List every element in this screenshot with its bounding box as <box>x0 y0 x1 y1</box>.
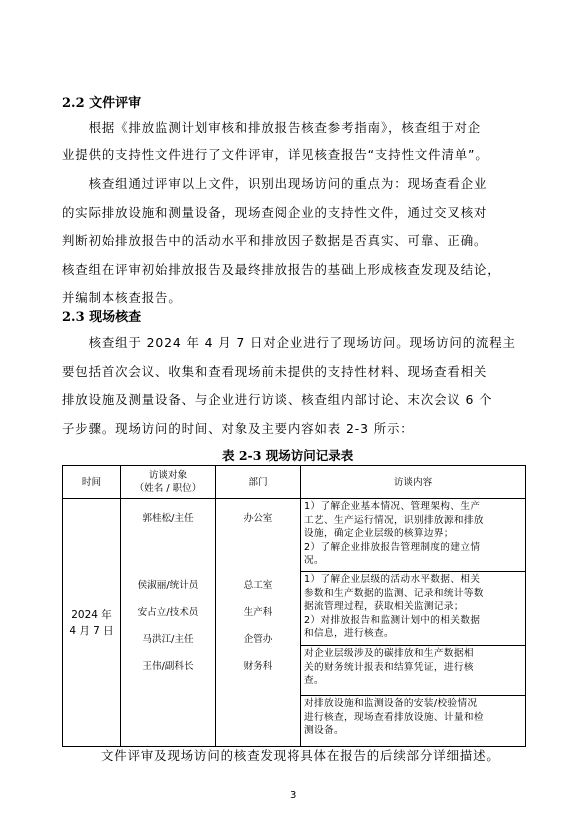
visit-date-cell: 2024 年 4 月 7 日 <box>63 499 121 747</box>
content-block: 1）了解企业层级的活动水平数据、相关 参数和生产数据的监测、记录和统计等数 据流… <box>301 572 525 646</box>
content-line: 和信息，进行核查。 <box>304 627 522 641</box>
table-row: 2024 年 4 月 7 日 郭桂松/主任 侯淑丽/统计员 安占立/技术员 马洪… <box>63 499 526 747</box>
text-line: 核查组于 2024 年 4 月 7 日对企业进行了现场访问。现场访问的流程主 <box>62 335 516 364</box>
content-line: 查。 <box>304 674 522 688</box>
header-interviewee: 访谈对象 （姓名 / 职位） <box>121 466 216 499</box>
content-line: 参数和生产数据的监测、记录和统计等数 <box>304 587 522 601</box>
content-line: 设施，确定企业层级的核算边界； <box>304 527 522 541</box>
content-line: 1）了解企业基本情况、管理架构、生产 <box>304 500 522 514</box>
header-content: 访谈内容 <box>301 466 526 499</box>
department-cell: 办公室 总工室 生产科 企管办 财务科 <box>216 499 301 747</box>
department-name: 生产科 <box>216 599 300 626</box>
content-block: 1）了解企业基本情况、管理架构、生产 工艺、生产运行情况，识别排放源和排放 设施… <box>301 499 525 572</box>
closing-sentence: 文件评审及现场访问的核查发现将具体在报告的后续部分详细描述。 <box>101 748 500 764</box>
section-heading-2-2: 2.2 文件评审 <box>62 92 141 111</box>
paragraph-document-review: 根据《排放监测计划审核和排放报告核查参考指南》，核查组于对企 业提供的支持性文件… <box>62 120 489 174</box>
paragraph-review-focus: 核查组通过评审以上文件，识别出现场访问的重点为：现场查看企业 的实际排放设施和测… <box>62 176 501 319</box>
content-line: 1）了解企业层级的活动水平数据、相关 <box>304 573 522 587</box>
content-line: 工艺、生产运行情况，识别排放源和排放 <box>304 514 522 528</box>
interviewee-name: 王伟/副科长 <box>121 653 215 680</box>
site-visit-record-table: 时间 访谈对象 （姓名 / 职位） 部门 访谈内容 2024 年 4 月 7 日… <box>62 465 526 747</box>
header-interviewee-line2: （姓名 / 职位） <box>121 482 215 495</box>
interview-content-cell: 1）了解企业基本情况、管理架构、生产 工艺、生产运行情况，识别排放源和排放 设施… <box>301 499 526 747</box>
interviewee-name: 郭桂松/主任 <box>121 505 215 532</box>
interviewee-name: 安占立/技术员 <box>121 599 215 626</box>
text-line: 的实际排放设施和测量设备，现场查阅企业的支持性文件，通过交叉核对 <box>62 205 501 234</box>
department-name: 办公室 <box>216 505 300 532</box>
text-line: 判断初始排放报告中的活动水平和排放因子数据是否真实、可靠、正确。 <box>62 233 501 262</box>
table-caption: 表 2-3 现场访问记录表 <box>222 446 353 464</box>
interviewee-name: 马洪江/主任 <box>121 626 215 653</box>
section-heading-2-3: 2.3 现场核查 <box>62 306 141 325</box>
content-block: 对排放设施和监测设备的安装/校验情况 进行核查，现场查看排放设施、计量和检 测设… <box>301 696 525 743</box>
content-line: 关的财务统计报表和结算凭证，进行核 <box>304 661 522 675</box>
text-line: 根据《排放监测计划审核和排放报告核查参考指南》，核查组于对企 <box>62 120 489 147</box>
text-line: 排放设施及测量设备、与企业进行访谈、核查组内部讨论、末次会议 6 个 <box>62 392 516 421</box>
text-line: 子步骤。现场访问的时间、对象及主要内容如表 2-3 所示： <box>62 421 516 450</box>
text-line: 核查组在评审初始排放报告及最终排放报告的基础上形成核查发现及结论， <box>62 262 501 291</box>
content-line: 2）了解企业排放报告管理制度的建立情 <box>304 541 522 555</box>
department-name: 财务科 <box>216 653 300 680</box>
content-line: 况。 <box>304 554 522 568</box>
content-line: 2）对排放报告和监测计划中的相关数据 <box>304 614 522 628</box>
text-line: 要包括首次会议、收集和查看现场前未提供的支持性材料、现场查看相关 <box>62 364 516 393</box>
visit-date-line2: 4 月 7 日 <box>63 623 120 639</box>
content-block: 对企业层级涉及的碳排放和生产数据相 关的财务统计报表和结算凭证，进行核 查。 <box>301 646 525 696</box>
page-number: 3 <box>290 790 296 801</box>
content-line: 测设备。 <box>304 724 522 738</box>
content-line: 对企业层级涉及的碳排放和生产数据相 <box>304 647 522 661</box>
content-line: 对排放设施和监测设备的安装/校验情况 <box>304 697 522 711</box>
text-line: 业提供的支持性文件进行了文件评审，详见核查报告“支持性文件清单”。 <box>62 147 489 174</box>
paragraph-site-visit: 核查组于 2024 年 4 月 7 日对企业进行了现场访问。现场访问的流程主 要… <box>62 335 516 449</box>
interviewee-name: 侯淑丽/统计员 <box>121 572 215 599</box>
content-line: 进行核查，现场查看排放设施、计量和检 <box>304 711 522 725</box>
visit-date-line1: 2024 年 <box>63 607 120 623</box>
header-time: 时间 <box>63 466 121 499</box>
table-header-row: 时间 访谈对象 （姓名 / 职位） 部门 访谈内容 <box>63 466 526 499</box>
text-line: 核查组通过评审以上文件，识别出现场访问的重点为：现场查看企业 <box>62 176 501 205</box>
header-interviewee-line1: 访谈对象 <box>121 469 215 482</box>
department-name: 总工室 <box>216 572 300 599</box>
content-line: 据流管理过程，获取相关监测记录； <box>304 600 522 614</box>
interviewee-cell: 郭桂松/主任 侯淑丽/统计员 安占立/技术员 马洪江/主任 王伟/副科长 <box>121 499 216 747</box>
department-name: 企管办 <box>216 626 300 653</box>
header-department: 部门 <box>216 466 301 499</box>
